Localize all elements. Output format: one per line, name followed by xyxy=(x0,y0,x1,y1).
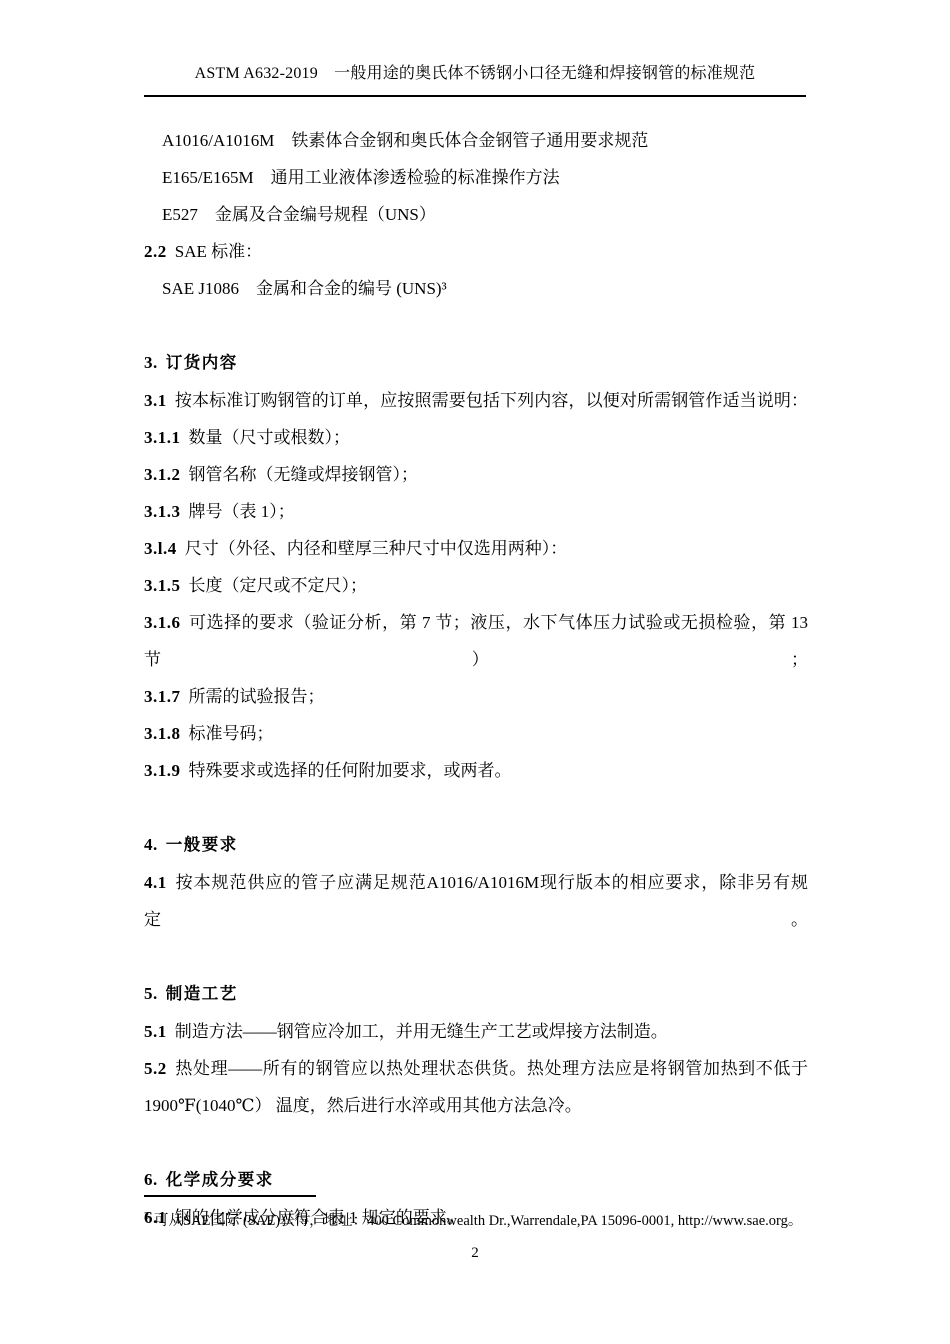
line-text: 1900℉(1040℃） 温度，然后进行水淬或用其他方法急冷。 xyxy=(144,1096,582,1115)
doc-line: 3.1.5长度（定尺或不定尺）； xyxy=(144,567,808,604)
line-number: 2.2 xyxy=(144,242,167,261)
line-text: 所需的试验报告； xyxy=(189,687,325,706)
doc-line: 3.1.6可选择的要求（验证分析，第 7 节；液压，水下气体压力试验或无损检验，… xyxy=(144,604,808,678)
line-number: 3.1.1 xyxy=(144,428,181,447)
page-number: 2 xyxy=(144,1239,806,1267)
doc-line: 3.1.7所需的试验报告； xyxy=(144,678,808,715)
section-heading: 6.化学成分要求 xyxy=(144,1161,808,1199)
doc-line: 3.1.9特殊要求或选择的任何附加要求，或两者。 xyxy=(144,752,808,789)
line-text: 数量（尺寸或根数）； xyxy=(189,428,351,447)
doc-line: E165/E165M 通用工业液体渗透检验的标准操作方法 xyxy=(144,159,808,196)
doc-line: 3.1.8标准号码； xyxy=(144,715,808,752)
line-text: 按本标准订购钢管的订单，应按照需要包括下列内容，以便对所需钢管作适当说明： xyxy=(175,391,808,410)
doc-line: E527 金属及合金编号规程（UNS） xyxy=(144,196,808,233)
line-text: 特殊要求或选择的任何附加要求，或两者。 xyxy=(189,761,512,780)
line-text: 尺寸（外径、内径和壁厚三种尺寸中仅选用两种）： xyxy=(185,539,568,558)
line-text: 可选择的要求（验证分析，第 7 节；液压，水下气体压力试验或无损检验，第 13 … xyxy=(144,613,808,669)
line-text: 按本规范供应的管子应满足规范A1016/A1016M现行版本的相应要求，除非另有… xyxy=(144,873,808,929)
line-text: E527 金属及合金编号规程（UNS） xyxy=(162,205,436,224)
line-text: 一般要求 xyxy=(166,836,238,854)
section-heading: 3.订货内容 xyxy=(144,344,808,382)
line-text: 化学成分要求 xyxy=(166,1171,274,1189)
line-text: 标准号码； xyxy=(189,724,274,743)
footnote: 3可从SAE国际 (SAE)获得，地址：400 Commonwealth Dr.… xyxy=(144,1202,816,1236)
line-text: A1016/A1016M 铁素体合金钢和奥氏体合金钢管子通用要求规范 xyxy=(162,131,648,150)
document-body: A1016/A1016M 铁素体合金钢和奥氏体合金钢管子通用要求规范E165/E… xyxy=(144,122,808,1236)
doc-line: 5.1制造方法——钢管应冷加工，并用无缝生产工艺或焊接方法制造。 xyxy=(144,1013,808,1050)
line-number: 3.1.3 xyxy=(144,502,181,521)
line-number: 3.1.9 xyxy=(144,761,181,780)
line-number: 5.2 xyxy=(144,1059,167,1078)
section-heading: 4.一般要求 xyxy=(144,826,808,864)
line-number: 3.1.6 xyxy=(144,613,181,632)
line-text: E165/E165M 通用工业液体渗透检验的标准操作方法 xyxy=(162,168,560,187)
line-text: 牌号（表 1）； xyxy=(189,502,295,521)
doc-line: A1016/A1016M 铁素体合金钢和奥氏体合金钢管子通用要求规范 xyxy=(144,122,808,159)
line-text: 热处理——所有的钢管应以热处理状态供货。热处理方法应是将钢管加热到不低于 xyxy=(175,1059,808,1078)
doc-line: 1900℉(1040℃） 温度，然后进行水淬或用其他方法急冷。 xyxy=(144,1087,808,1124)
line-number: 4.1 xyxy=(144,873,167,892)
line-text: 钢管名称（无缝或焊接钢管）； xyxy=(189,465,419,484)
line-number: 3. xyxy=(144,353,158,372)
line-text: 制造工艺 xyxy=(166,985,238,1003)
line-text: 订货内容 xyxy=(166,354,238,372)
line-text: 制造方法——钢管应冷加工，并用无缝生产工艺或焊接方法制造。 xyxy=(175,1022,668,1041)
doc-line: 3.1按本标准订购钢管的订单，应按照需要包括下列内容，以便对所需钢管作适当说明： xyxy=(144,382,808,419)
doc-line: 2.2SAE 标准： xyxy=(144,233,808,270)
page-header-title: ASTM A632-2019 一般用途的奥氏体不锈钢小口径无缝和焊接钢管的标准规… xyxy=(144,60,806,83)
doc-line: 3.l.4尺寸（外径、内径和壁厚三种尺寸中仅选用两种）： xyxy=(144,530,808,567)
line-number: 3.l.4 xyxy=(144,539,177,558)
footnote-text: 可从SAE国际 (SAE)获得，地址：400 Commonwealth Dr.,… xyxy=(154,1213,802,1229)
doc-line: SAE J1086 金属和合金的编号 (UNS)³ xyxy=(144,270,808,307)
footnote-marker: 3 xyxy=(144,1211,149,1222)
doc-line: 5.2热处理——所有的钢管应以热处理状态供货。热处理方法应是将钢管加热到不低于 xyxy=(144,1050,808,1087)
line-text: SAE J1086 金属和合金的编号 (UNS)³ xyxy=(162,279,447,298)
line-number: 3.1.7 xyxy=(144,687,181,706)
line-number: 3.1.8 xyxy=(144,724,181,743)
footnote-rule xyxy=(144,1195,316,1197)
header-rule xyxy=(144,95,806,97)
line-text: SAE 标准： xyxy=(175,242,262,261)
line-number: 3.1.2 xyxy=(144,465,181,484)
section-heading: 5.制造工艺 xyxy=(144,975,808,1013)
document-page: ASTM A632-2019 一般用途的奥氏体不锈钢小口径无缝和焊接钢管的标准规… xyxy=(0,0,950,1344)
line-number: 5.1 xyxy=(144,1022,167,1041)
line-text: 长度（定尺或不定尺）； xyxy=(189,576,368,595)
line-number: 3.1.5 xyxy=(144,576,181,595)
doc-line: 3.1.3牌号（表 1）； xyxy=(144,493,808,530)
line-number: 3.1 xyxy=(144,391,167,410)
line-number: 4. xyxy=(144,835,158,854)
line-number: 5. xyxy=(144,984,158,1003)
doc-line: 3.1.1数量（尺寸或根数）； xyxy=(144,419,808,456)
doc-line: 3.1.2钢管名称（无缝或焊接钢管）； xyxy=(144,456,808,493)
line-number: 6. xyxy=(144,1170,158,1189)
doc-line: 4.1按本规范供应的管子应满足规范A1016/A1016M现行版本的相应要求，除… xyxy=(144,864,808,938)
